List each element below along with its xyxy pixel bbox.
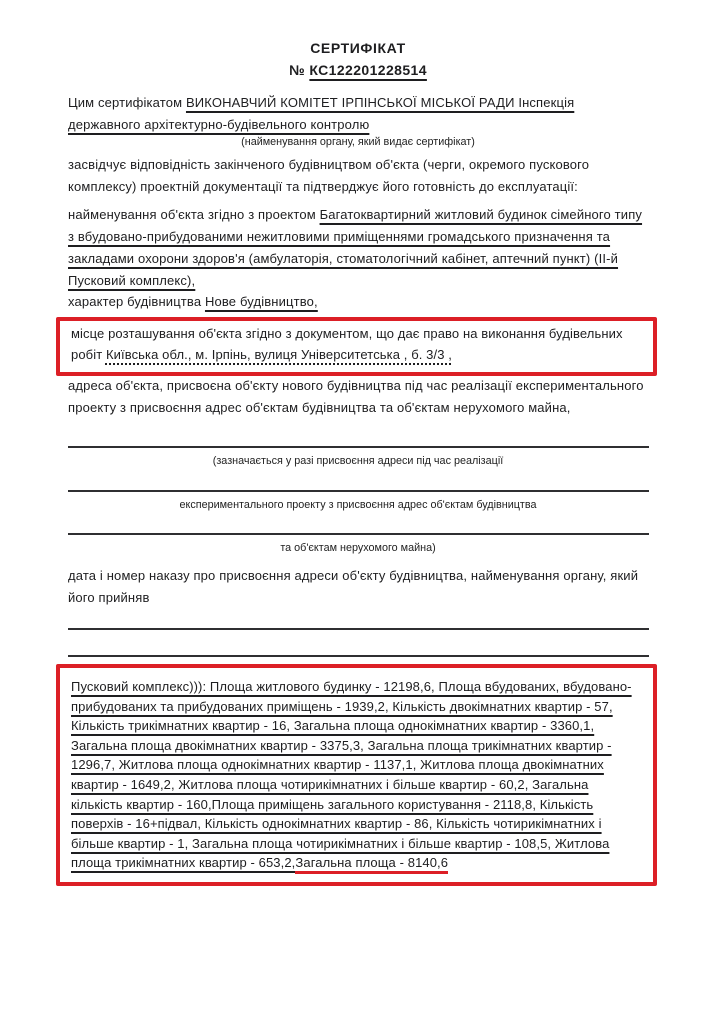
blank-field-line [68, 446, 649, 448]
document-number: № КС122201228514 [0, 62, 716, 78]
metrics-paragraph: Пусковий комплекс))): Площа житлового бу… [60, 668, 653, 882]
construction-type-paragraph: характер будівництва Нове будівництво, [68, 291, 650, 313]
location-value: Київська обл., м. Ірпінь, вулиця Універс… [106, 347, 452, 362]
document-title: СЕРТИФІКАТ [0, 40, 716, 56]
issuer-intro-text: Цим сертифікатом [68, 95, 186, 110]
compliance-paragraph: засвідчує відповідність закінченого буді… [68, 154, 650, 198]
location-paragraph: місце розташування об'єкта згідно з доку… [60, 321, 653, 372]
blank-caption-3: та об'єктам нерухомого майна) [0, 541, 716, 555]
blank-field-line [68, 490, 649, 492]
metrics-total-text: Загальна площа - 8140,6 [295, 855, 448, 874]
blank-caption-2: експериментального проекту з присвоєння … [0, 498, 716, 512]
construction-type-label: характер будівництва [68, 294, 205, 309]
blank-field-line [68, 628, 649, 630]
location-highlight-box: місце розташування об'єкта згідно з доку… [56, 317, 657, 376]
object-name-label: найменування об'єкта згідно з проектом [68, 207, 320, 222]
certificate-document: СЕРТИФІКАТ № КС122201228514 Цим сертифік… [0, 0, 716, 1024]
issuer-caption: (найменування органу, який видає сертифі… [0, 135, 716, 149]
metrics-text: Пусковий комплекс))): Площа житлового бу… [71, 679, 632, 870]
object-name-paragraph: найменування об'єкта згідно з проектом Б… [68, 204, 650, 292]
metrics-highlight-box: Пусковий комплекс))): Площа житлового бу… [56, 664, 657, 886]
number-sign: № [289, 62, 309, 78]
blank-caption-1: (зазначається у разі присвоєння адреси п… [0, 454, 716, 468]
blank-field-line [68, 533, 649, 535]
order-paragraph: дата і номер наказу про присвоєння адрес… [68, 565, 650, 609]
address-paragraph: адреса об'єкта, присвоєна об'єкту нового… [68, 375, 650, 419]
blank-field-line [68, 655, 649, 657]
issuer-paragraph: Цим сертифікатом ВИКОНАВЧИЙ КОМІТЕТ ІРПІ… [68, 92, 650, 136]
number-value: КС122201228514 [309, 62, 427, 78]
construction-type-value: Нове будівництво, [205, 294, 318, 309]
